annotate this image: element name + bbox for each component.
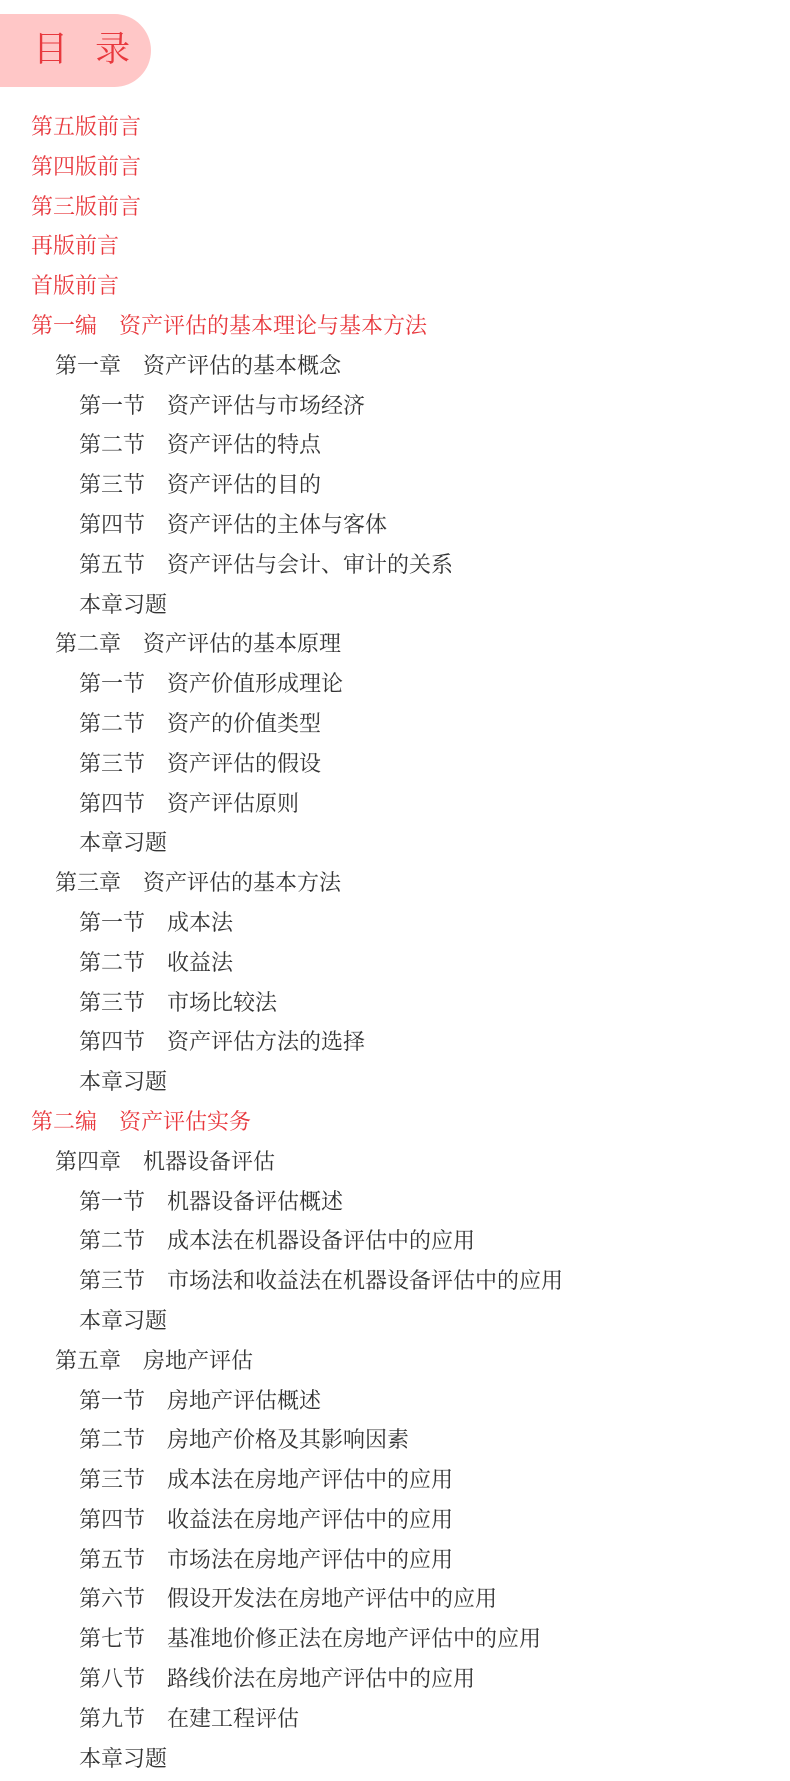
toc-entry-section[interactable]: 本章习题: [0, 824, 790, 864]
toc-entry-section[interactable]: 第八节 路线价法在房地产评估中的应用: [0, 1660, 790, 1700]
toc-entry-chapter[interactable]: 第二章 资产评估的基本原理: [0, 625, 790, 665]
toc-entry-section[interactable]: 第二节 资产的价值类型: [0, 705, 790, 745]
toc-entry-section[interactable]: 第六节 假设开发法在房地产评估中的应用: [0, 1580, 790, 1620]
toc-entry-chapter[interactable]: 第三章 资产评估的基本方法: [0, 864, 790, 904]
toc-entry-section[interactable]: 本章习题: [0, 586, 790, 626]
toc-entry-section[interactable]: 第七节 基准地价修正法在房地产评估中的应用: [0, 1620, 790, 1660]
toc-entry-section[interactable]: 第一节 房地产评估概述: [0, 1382, 790, 1422]
toc-entry-section[interactable]: 第三节 市场法和收益法在机器设备评估中的应用: [0, 1262, 790, 1302]
toc-entry-preface[interactable]: 第三版前言: [0, 188, 790, 228]
toc-entry-section[interactable]: 本章习题: [0, 1063, 790, 1103]
toc-entry-preface[interactable]: 首版前言: [0, 267, 790, 307]
toc-entry-section[interactable]: 第四节 收益法在房地产评估中的应用: [0, 1501, 790, 1541]
toc-entry-chapter[interactable]: 第一章 资产评估的基本概念: [0, 347, 790, 387]
toc-entry-section[interactable]: 第四节 资产评估方法的选择: [0, 1023, 790, 1063]
toc-entry-section[interactable]: 第五节 市场法在房地产评估中的应用: [0, 1541, 790, 1581]
toc-entry-section[interactable]: 第一节 成本法: [0, 904, 790, 944]
toc-entry-section[interactable]: 第三节 市场比较法: [0, 984, 790, 1024]
toc-entry-section[interactable]: 第一节 资产评估与市场经济: [0, 387, 790, 427]
toc-entry-section[interactable]: 本章习题: [0, 1740, 790, 1780]
toc-entry-section[interactable]: 第三节 资产评估的假设: [0, 745, 790, 785]
toc-entry-section[interactable]: 第二节 成本法在机器设备评估中的应用: [0, 1222, 790, 1262]
toc-entry-section[interactable]: 第九节 在建工程评估: [0, 1700, 790, 1740]
toc-entry-section[interactable]: 第四节 资产评估原则: [0, 785, 790, 825]
toc-title: 目 录: [33, 14, 138, 87]
toc-entry-section[interactable]: 第一节 资产价值形成理论: [0, 665, 790, 705]
toc-entry-section[interactable]: 第二节 收益法: [0, 944, 790, 984]
toc-entry-chapter[interactable]: 第五章 房地产评估: [0, 1342, 790, 1382]
toc-entry-section[interactable]: 第二节 房地产价格及其影响因素: [0, 1421, 790, 1461]
toc-entry-preface[interactable]: 第五版前言: [0, 108, 790, 148]
toc-entry-section[interactable]: 本章习题: [0, 1302, 790, 1342]
toc-entry-section[interactable]: 第三节 资产评估的目的: [0, 466, 790, 506]
toc-entry-part[interactable]: 第二编 资产评估实务: [0, 1103, 790, 1143]
toc-entry-section[interactable]: 第五节 资产评估与会计、审计的关系: [0, 546, 790, 586]
toc-entry-section[interactable]: 第二节 资产评估的特点: [0, 426, 790, 466]
toc-entry-chapter[interactable]: 第四章 机器设备评估: [0, 1143, 790, 1183]
toc-entry-preface[interactable]: 再版前言: [0, 227, 790, 267]
table-of-contents: 第五版前言第四版前言第三版前言再版前言首版前言第一编 资产评估的基本理论与基本方…: [0, 108, 790, 1779]
toc-entry-part[interactable]: 第一编 资产评估的基本理论与基本方法: [0, 307, 790, 347]
toc-entry-preface[interactable]: 第四版前言: [0, 148, 790, 188]
toc-entry-section[interactable]: 第四节 资产评估的主体与客体: [0, 506, 790, 546]
toc-entry-section[interactable]: 第三节 成本法在房地产评估中的应用: [0, 1461, 790, 1501]
toc-entry-section[interactable]: 第一节 机器设备评估概述: [0, 1183, 790, 1223]
